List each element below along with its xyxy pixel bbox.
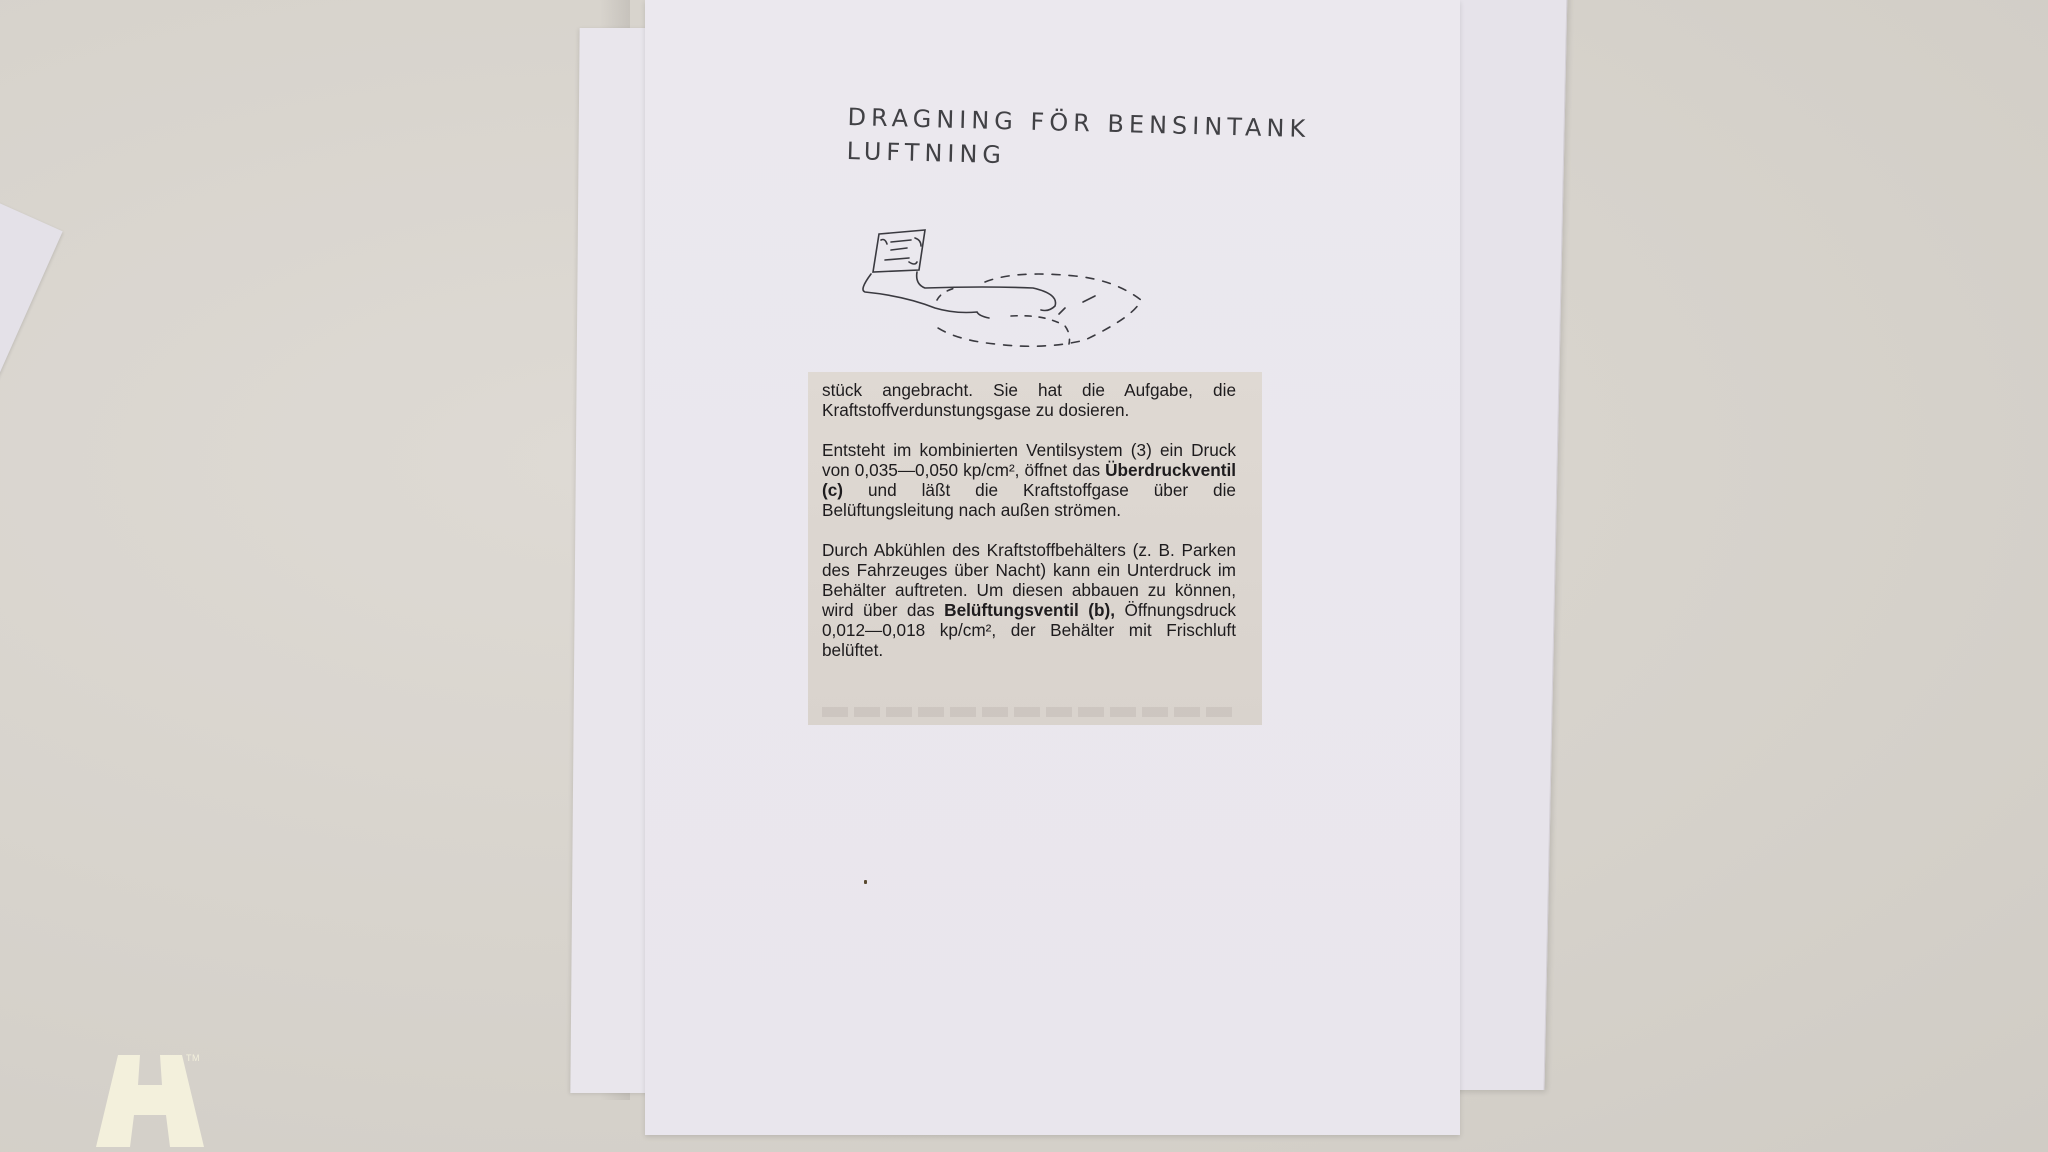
h-logo-icon xyxy=(96,1055,204,1147)
bold-term: Belüftungsventil (b), xyxy=(944,600,1115,620)
clipping-paragraph: Durch Abkühlen des Kraftstoffbehälters (… xyxy=(822,540,1236,660)
text-clipping: stück angebracht. Sie hat die Aufgabe, d… xyxy=(808,372,1262,725)
logo-trademark: TM xyxy=(186,1053,200,1063)
stray-paper-sheet xyxy=(0,150,63,469)
handwritten-note: DRAGNING FÖR BENSINTANK LUFTNING xyxy=(846,100,1310,180)
dust-speck xyxy=(864,880,867,884)
faded-cutoff-text-line xyxy=(822,707,1236,717)
clipping-paragraph: Entsteht im kombinierten Ventilsystem (3… xyxy=(822,440,1236,520)
clipping-text: stück angebracht. Sie hat die Aufgabe, d… xyxy=(822,380,1236,420)
fuel-tank-vent-line-sketch-icon xyxy=(845,210,1155,350)
clipping-text: und läßt die Kraftstoffgase über die Bel… xyxy=(822,480,1236,520)
clipping-paragraph: stück angebracht. Sie hat die Aufgabe, d… xyxy=(822,380,1236,420)
